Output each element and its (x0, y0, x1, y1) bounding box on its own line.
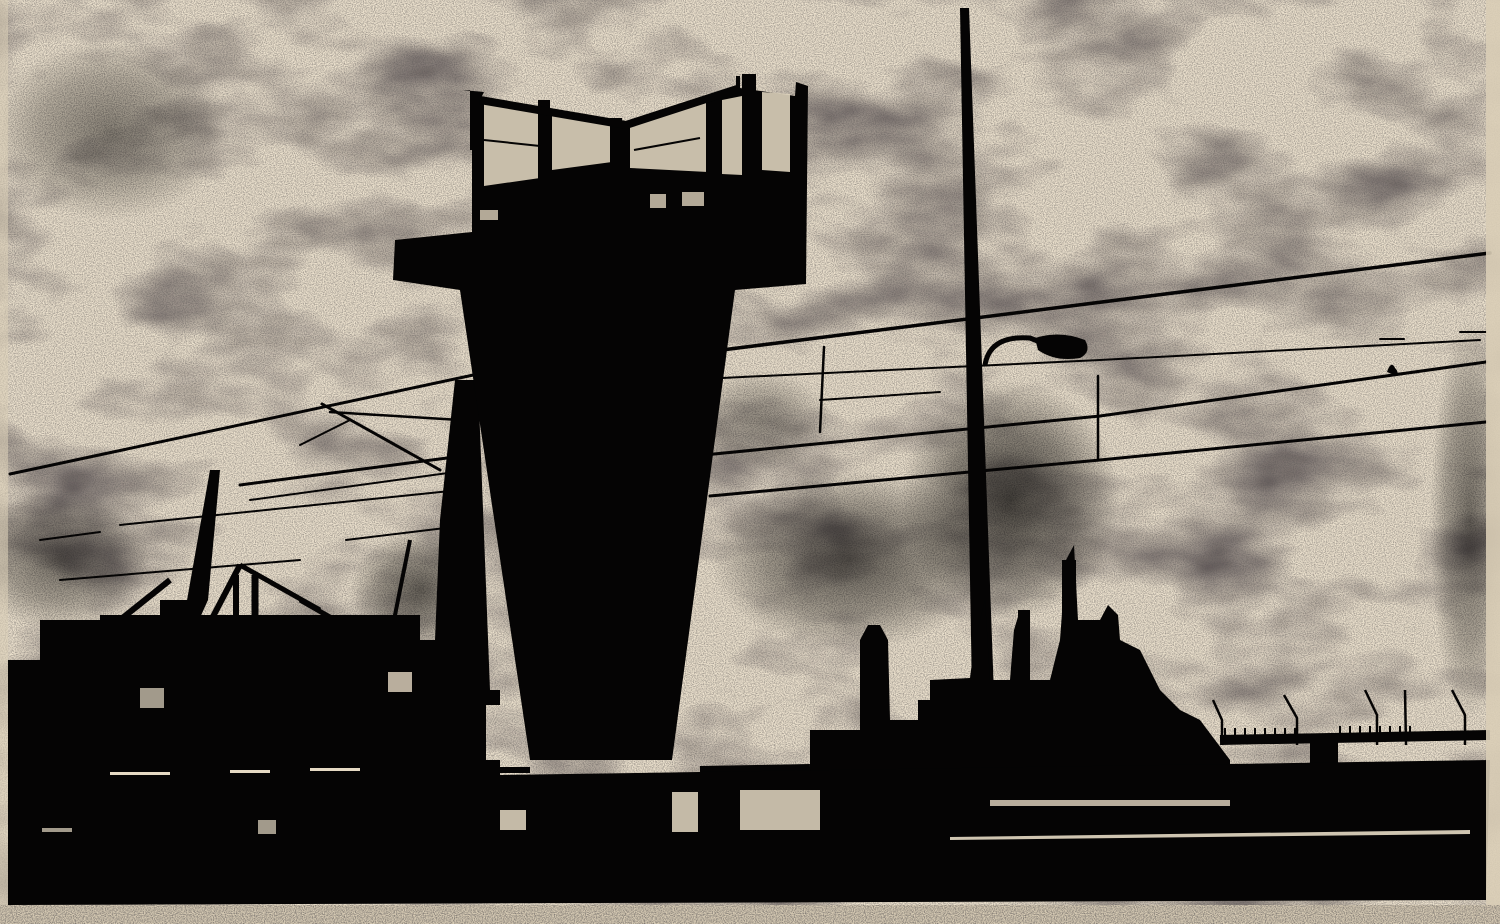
fence-hut (1310, 735, 1338, 765)
artwork-canvas (0, 0, 1500, 924)
artwork-svg (0, 0, 1500, 924)
